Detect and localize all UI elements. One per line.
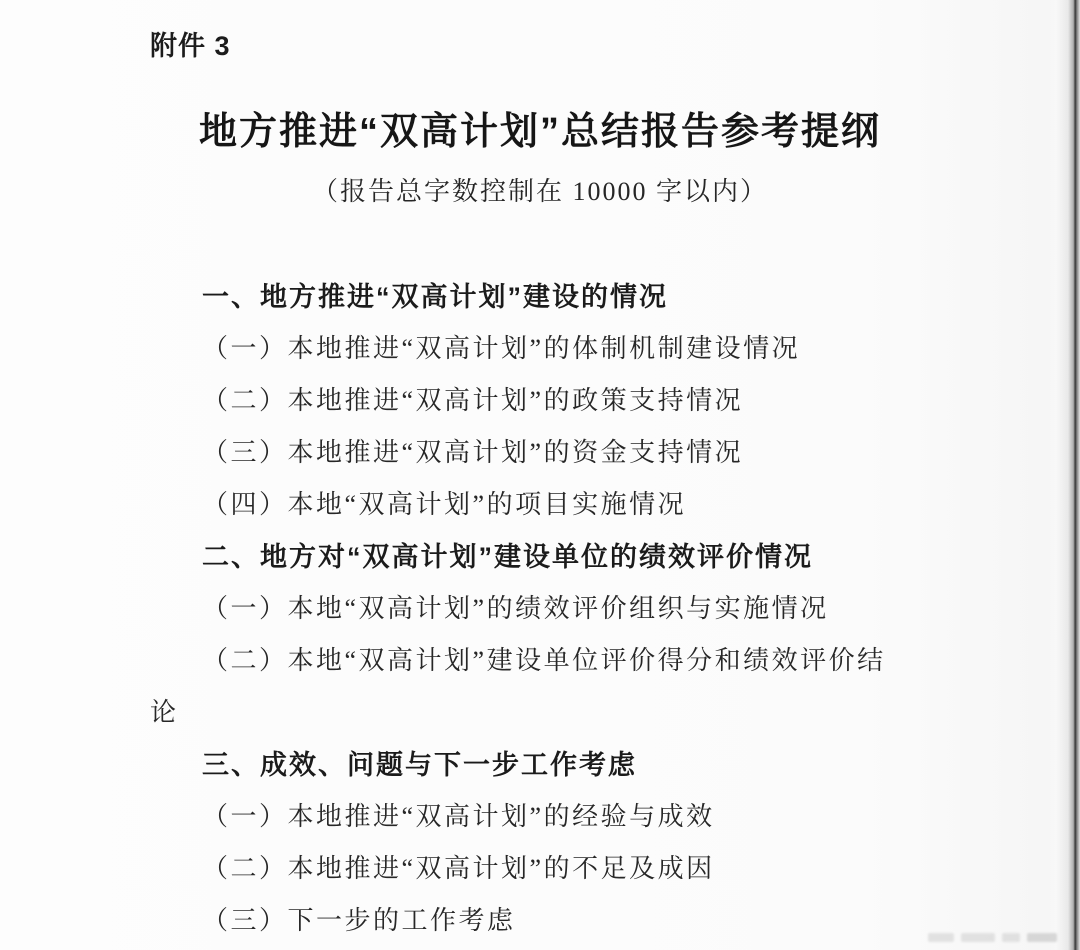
attachment-label: 附件 3 xyxy=(150,24,930,63)
outline-item-2-2-continuation: 论 xyxy=(150,687,930,739)
outline-item-1-1: （一）本地推进“双高计划”的体制机制建设情况 xyxy=(150,323,930,375)
outline-section-3: 三、成效、问题与下一步工作考虑 xyxy=(150,739,930,791)
outline-section-1: 一、地方推进“双高计划”建设的情况 xyxy=(150,271,930,323)
watermark xyxy=(928,928,1068,946)
report-outline: 一、地方推进“双高计划”建设的情况 （一）本地推进“双高计划”的体制机制建设情况… xyxy=(150,271,930,947)
outline-item-1-4: （四）本地“双高计划”的项目实施情况 xyxy=(150,479,930,531)
outline-item-1-3: （三）本地推进“双高计划”的资金支持情况 xyxy=(150,427,930,479)
outline-item-3-2: （二）本地推进“双高计划”的不足及成因 xyxy=(150,843,930,895)
outline-item-1-2: （二）本地推进“双高计划”的政策支持情况 xyxy=(150,375,930,427)
outline-item-2-1: （一）本地“双高计划”的绩效评价组织与实施情况 xyxy=(150,583,930,635)
outline-item-3-1: （一）本地推进“双高计划”的经验与成效 xyxy=(150,791,930,843)
document-page: 附件 3 地方推进“双高计划”总结报告参考提纲 （报告总字数控制在 10000 … xyxy=(0,0,1080,950)
outline-item-3-3: （三）下一步的工作考虑 xyxy=(150,895,930,947)
document-title: 地方推进“双高计划”总结报告参考提纲 xyxy=(150,109,930,155)
document-subtitle: （报告总字数控制在 10000 字以内） xyxy=(150,175,930,209)
outline-section-2: 二、地方对“双高计划”建设单位的绩效评价情况 xyxy=(150,531,930,583)
outline-item-2-2: （二）本地“双高计划”建设单位评价得分和绩效评价结 xyxy=(150,635,930,687)
page-edge-shadow-line xyxy=(1056,0,1080,950)
